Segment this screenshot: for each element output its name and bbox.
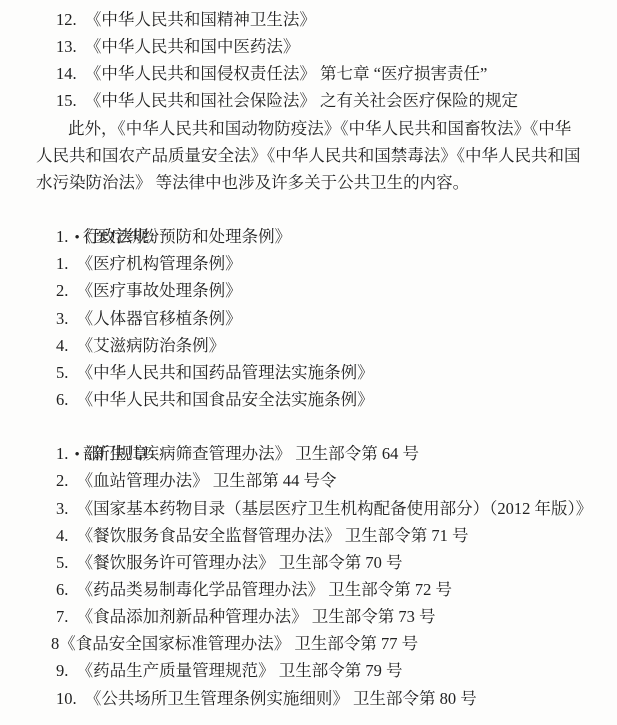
regulation-list-line: 1. 《医疗纠纷预防和处理条例》: [0, 223, 617, 250]
rule-list-line: 9. 《药品生产质量管理规范》 卫生部令第 79 号: [0, 657, 617, 684]
paragraph-line: 此外，《中华人民共和国动物防疫法》《中华人民共和国畜牧法》《中华: [0, 115, 617, 142]
regulation-list-line: 2. 《医疗事故处理条例》: [0, 277, 617, 304]
law-list-line: 14. 《中华人民共和国侵权责任法》 第七章 “医疗损害责任”: [0, 60, 617, 87]
rule-list-line: 5. 《餐饮服务许可管理办法》 卫生部令第 70 号: [0, 549, 617, 576]
rule-list-line: 6. 《药品类易制毒化学品管理办法》 卫生部令第 72 号: [0, 576, 617, 603]
regulation-list-line: 4. 《艾滋病防治条例》: [0, 332, 617, 359]
regulation-list-line: 6. 《中华人民共和国食品安全法实施条例》: [0, 386, 617, 413]
rule-list-line: 4. 《餐饮服务食品安全监督管理办法》 卫生部令第 71 号: [0, 522, 617, 549]
rule-list-line: 10. 《公共场所卫生管理条例实施细则》 卫生部令第 80 号: [0, 685, 617, 712]
regulation-list-line: 5. 《中华人民共和国药品管理法实施条例》: [0, 359, 617, 386]
section-heading-department-rules: •部门规章：: [0, 413, 617, 440]
document-page: 12. 《中华人民共和国精神卫生法》 13. 《中华人民共和国中医药法》 14.…: [0, 0, 617, 725]
regulation-list-line: 1. 《医疗机构管理条例》: [0, 250, 617, 277]
law-list-line: 13. 《中华人民共和国中医药法》: [0, 33, 617, 60]
rule-list-line: 8《食品安全国家标准管理办法》 卫生部令第 77 号: [0, 630, 617, 657]
law-list-line: 15. 《中华人民共和国社会保险法》 之有关社会医疗保险的规定: [0, 87, 617, 114]
law-list-line: 12. 《中华人民共和国精神卫生法》: [0, 6, 617, 33]
paragraph-line: 水污染防治法》 等法律中也涉及许多关于公共卫生的内容。: [0, 169, 617, 196]
rule-list-line: 7. 《食品添加剂新品种管理办法》 卫生部令第 73 号: [0, 603, 617, 630]
rule-list-line: 3. 《国家基本药物目录（基层医疗卫生机构配备使用部分）（2012 年版）》: [0, 495, 617, 522]
rule-list-line: 1. 《新生儿疾病筛查管理办法》 卫生部令第 64 号: [0, 440, 617, 467]
rule-list-line: 2. 《血站管理办法》 卫生部第 44 号令: [0, 467, 617, 494]
section-heading-administrative-regulations: •行政法规：: [0, 196, 617, 223]
paragraph-line: 人民共和国农产品质量安全法》《中华人民共和国禁毒法》《中华人民共和国: [0, 142, 617, 169]
regulation-list-line: 3. 《人体器官移植条例》: [0, 305, 617, 332]
